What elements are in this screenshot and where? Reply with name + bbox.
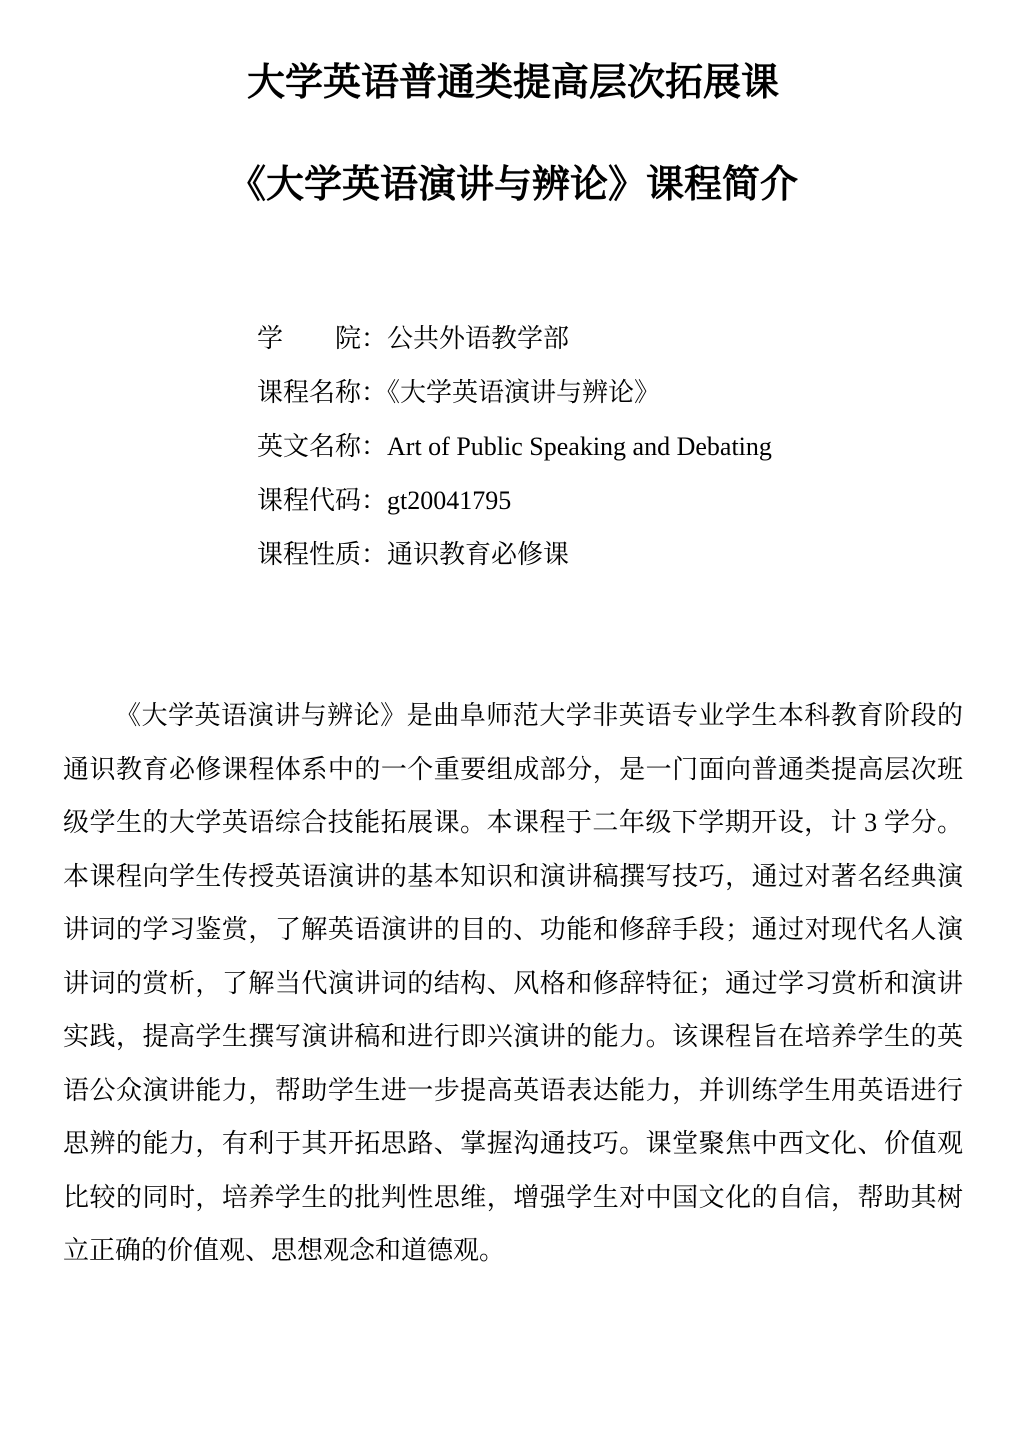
info-row-english-name: 英文名称：Art of Public Speaking and Debating <box>257 420 963 474</box>
document-title-line1: 大学英语普通类提高层次拓展课 <box>63 64 963 102</box>
info-label-course-type: 课程性质： <box>257 540 387 569</box>
info-label-english-name: 英文名称： <box>257 432 387 461</box>
info-value-course-code: gt20041795 <box>387 486 511 515</box>
info-row-college: 学 院：公共外语教学部 <box>257 312 963 366</box>
info-label-course-code: 课程代码： <box>257 486 387 515</box>
info-row-course-type: 课程性质：通识教育必修课 <box>257 528 963 582</box>
document-title-line2: 《大学英语演讲与辨论》课程简介 <box>63 166 963 204</box>
info-value-english-name: Art of Public Speaking and Debating <box>387 432 772 461</box>
info-value-course-name: 《大学英语演讲与辨论》 <box>387 378 660 407</box>
info-value-college: 公共外语教学部 <box>387 324 569 353</box>
info-row-course-code: 课程代码：gt20041795 <box>257 474 963 528</box>
document-page: 大学英语普通类提高层次拓展课 《大学英语演讲与辨论》课程简介 学 院：公共外语教… <box>0 0 1024 1447</box>
info-value-course-type: 通识教育必修课 <box>387 540 569 569</box>
course-info-block: 学 院：公共外语教学部 课程名称：《大学英语演讲与辨论》 英文名称：Art of… <box>257 312 963 582</box>
info-label-college: 学 院： <box>257 324 387 353</box>
course-description-paragraph: 《大学英语演讲与辨论》是曲阜师范大学非英语专业学生本科教育阶段的通识教育必修课程… <box>63 689 963 1278</box>
info-label-course-name: 课程名称： <box>257 378 387 407</box>
info-row-course-name: 课程名称：《大学英语演讲与辨论》 <box>257 366 963 420</box>
